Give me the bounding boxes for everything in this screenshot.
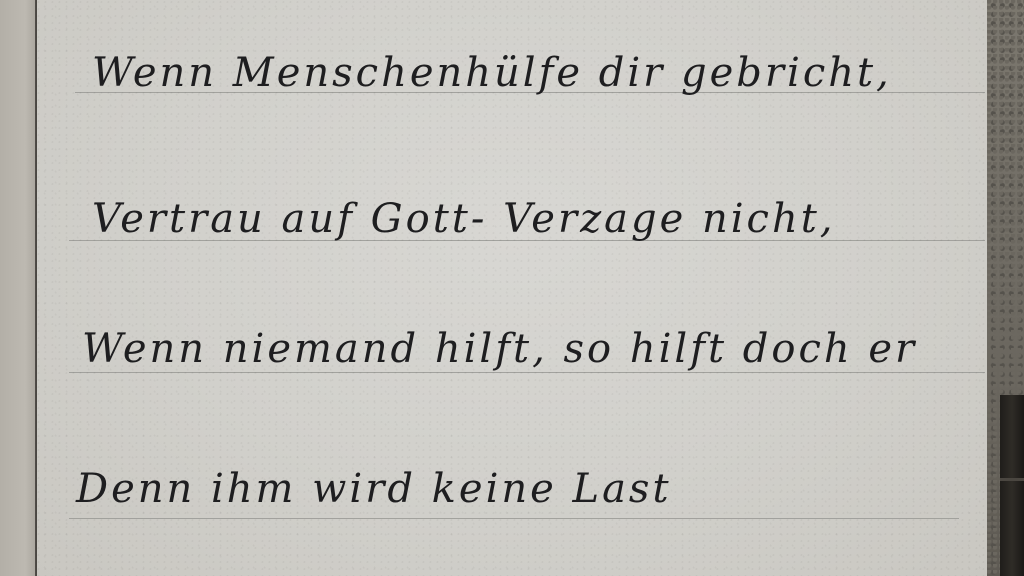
pen-object — [1000, 395, 1024, 576]
handwritten-line-1: Wenn Menschenhülfe dir gebricht, — [92, 50, 892, 96]
ruled-line — [69, 518, 959, 519]
left-facing-page — [0, 0, 36, 576]
ruled-line — [69, 372, 985, 373]
handwritten-line-4: Denn ihm wird keine Last — [76, 466, 672, 512]
handwritten-line-3: Wenn niemand hilft, so hilft doch er — [82, 326, 917, 372]
pen-band — [1000, 478, 1024, 481]
photo-scene: Wenn Menschenhülfe dir gebricht, Vertrau… — [0, 0, 1024, 576]
handwritten-line-2: Vertrau auf Gott- Verzage nicht, — [92, 196, 836, 242]
